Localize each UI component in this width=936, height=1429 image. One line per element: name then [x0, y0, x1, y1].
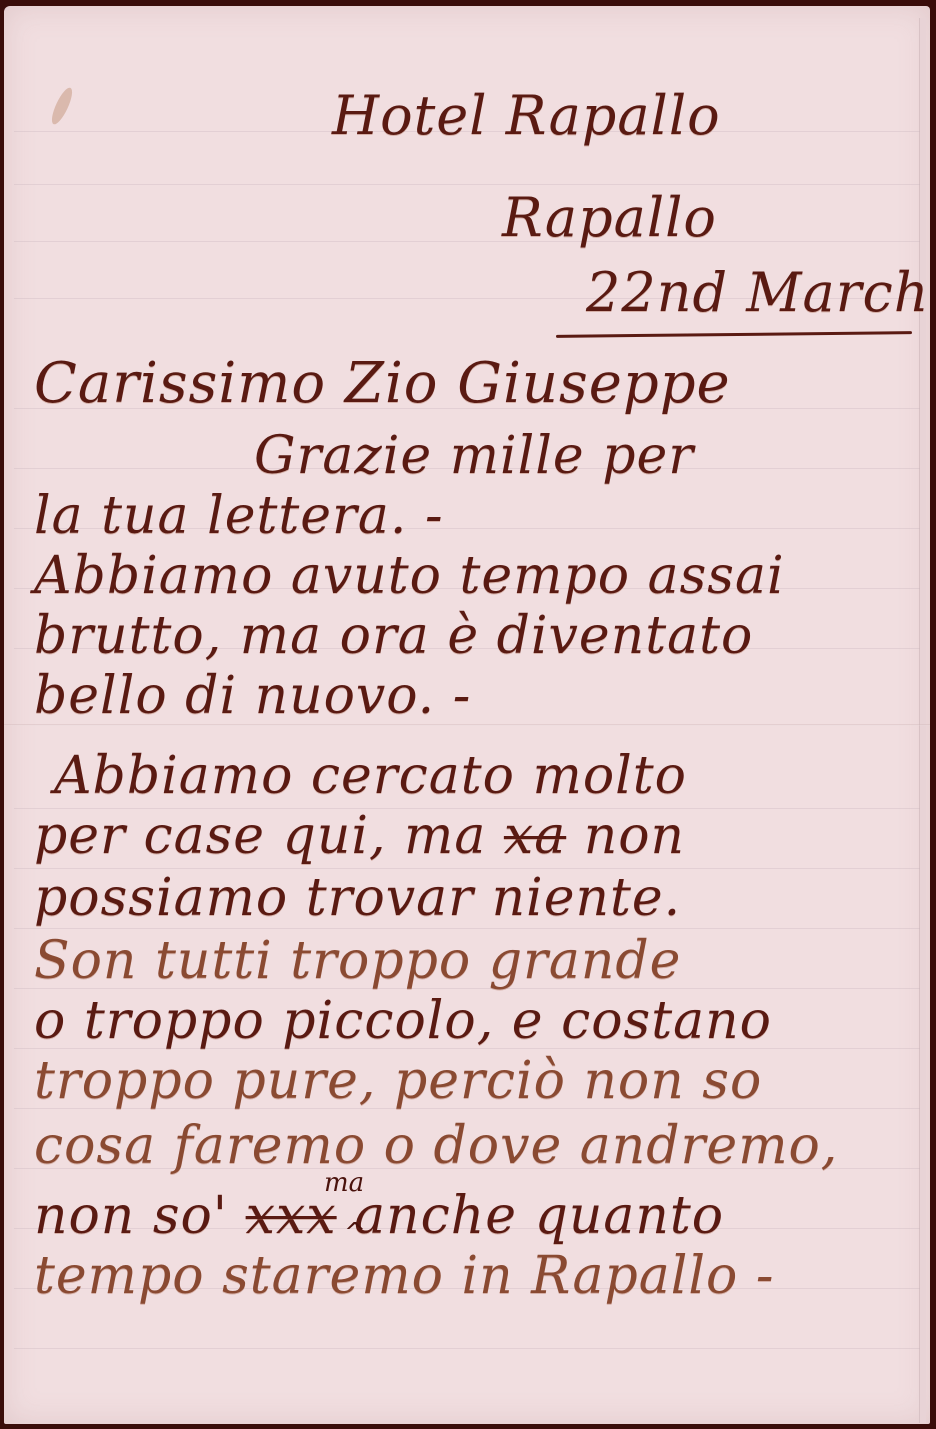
body-line-8: possiamo trovar niente.: [34, 868, 681, 928]
letter-page: Hotel Rapallo Rapallo 22nd March Carissi…: [4, 6, 930, 1424]
body-line-12: cosa faremo o dove andremo,: [34, 1116, 838, 1176]
body-line-9: Son tutti troppo grande: [34, 931, 681, 991]
ruled-line: [14, 928, 920, 929]
page-edge: [919, 18, 926, 1423]
body-line-7: per case qui, ma xa non: [34, 806, 685, 866]
body-line-11: troppo pure, perciò non so: [34, 1051, 762, 1111]
ruled-line: [14, 184, 920, 185]
body-line-13-after: anche quanto: [354, 1186, 724, 1246]
body-line-1: Grazie mille per: [254, 426, 694, 486]
letter-date: 22nd March: [586, 261, 930, 324]
body-line-5: bello di nuovo. -: [34, 666, 471, 726]
body-line-7-before: per case qui, ma: [34, 806, 486, 866]
body-line-2: la tua lettera. -: [34, 486, 444, 546]
insertion-caret: ^: [344, 1218, 366, 1248]
date-underline: [556, 331, 912, 338]
body-line-3: Abbiamo avuto tempo assai: [34, 546, 785, 606]
body-line-13-before: non so': [34, 1186, 228, 1246]
body-line-7-after: non: [584, 806, 685, 866]
letterhead-town: Rapallo: [502, 186, 717, 249]
body-line-10: o troppo piccolo, e costano: [34, 991, 772, 1051]
ruled-line: [14, 1348, 920, 1349]
ink-stain: [48, 85, 76, 126]
ruled-line: [14, 241, 920, 242]
body-line-4: brutto, ma ora è diventato: [34, 606, 753, 666]
body-line-14: tempo staremo in Rapallo -: [34, 1246, 774, 1306]
struck-word: xa: [504, 806, 566, 866]
struck-word: xxx: [246, 1186, 337, 1246]
body-line-6: Abbiamo cercato molto: [54, 746, 687, 806]
salutation: Carissimo Zio Giuseppe: [34, 351, 731, 416]
body-line-13: non so' xxx anche quanto: [34, 1186, 724, 1246]
letterhead-hotel: Hotel Rapallo: [332, 84, 721, 147]
